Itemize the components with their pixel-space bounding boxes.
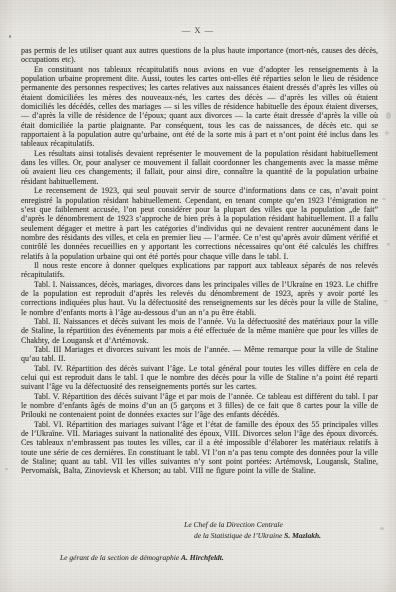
- scan-artifact: [380, 527, 384, 530]
- signature-chief-block: Le Chef de la Direction Centrale de la S…: [21, 520, 378, 541]
- scan-artifact: [385, 131, 389, 135]
- signature-chief-role-text: de la Statistique de l’Ukraine: [194, 531, 282, 540]
- scan-artifact: [383, 300, 388, 302]
- page-number: — X —: [0, 25, 396, 35]
- document-page: — X — pas permis de les utiliser quant a…: [0, 0, 396, 592]
- signature-chief-role-line1: Le Chef de la Direction Centrale: [21, 520, 378, 531]
- paragraph-methodology-cards: En constituant nos tableaux récapitulati…: [21, 65, 378, 149]
- paragraph-tables-explanations-intro: Il nous reste encore à donner quelques e…: [21, 261, 378, 280]
- signature-manager-role-text: Le gérant de la section de démographie: [60, 553, 179, 562]
- signature-chief-name: S. Mazlakh.: [284, 531, 321, 540]
- scan-artifact: [387, 243, 390, 246]
- signature-manager-name: A. Hirchfeldt.: [181, 553, 224, 562]
- paragraph-tabl-iv: Tabl. IV. Répartition des décès suivant …: [21, 364, 378, 392]
- scan-artifact: [5, 468, 8, 470]
- paragraph-tabl-i: Tabl. I. Naissances, décès, mariages, di…: [21, 280, 378, 317]
- document-body: pas permis de les utiliser quant aux aut…: [21, 46, 378, 476]
- signature-chief-role-line2: de la Statistique de l’Ukraine S. Mazlak…: [21, 531, 378, 542]
- scan-artifact: [386, 112, 391, 119]
- paragraph-census-1923: Le recensement de 1923, qui seul pouvait…: [21, 186, 378, 261]
- paragraph-results-population-movement: Les résultats ainsi totalisés devaient r…: [21, 149, 378, 186]
- paragraph-tabl-ii: Tabl. II. Naissances et décès suivant le…: [21, 317, 378, 345]
- paragraph-tabl-iii: Tabl. III Mariages et divorces suivant l…: [21, 345, 378, 364]
- scan-artifact: [382, 198, 386, 200]
- scan-artifact: [9, 35, 11, 38]
- paragraph-tabl-vi-viii: Tabl. VI. Répartition des mariages suiva…: [21, 420, 378, 476]
- paragraph-tabl-v: Tabl. V. Répartition des décès suivant l…: [21, 392, 378, 420]
- signature-manager-block: Le gérant de la section de démographie A…: [21, 553, 378, 562]
- paragraph-continued-from-previous-page: pas permis de les utiliser quant aux aut…: [21, 46, 378, 65]
